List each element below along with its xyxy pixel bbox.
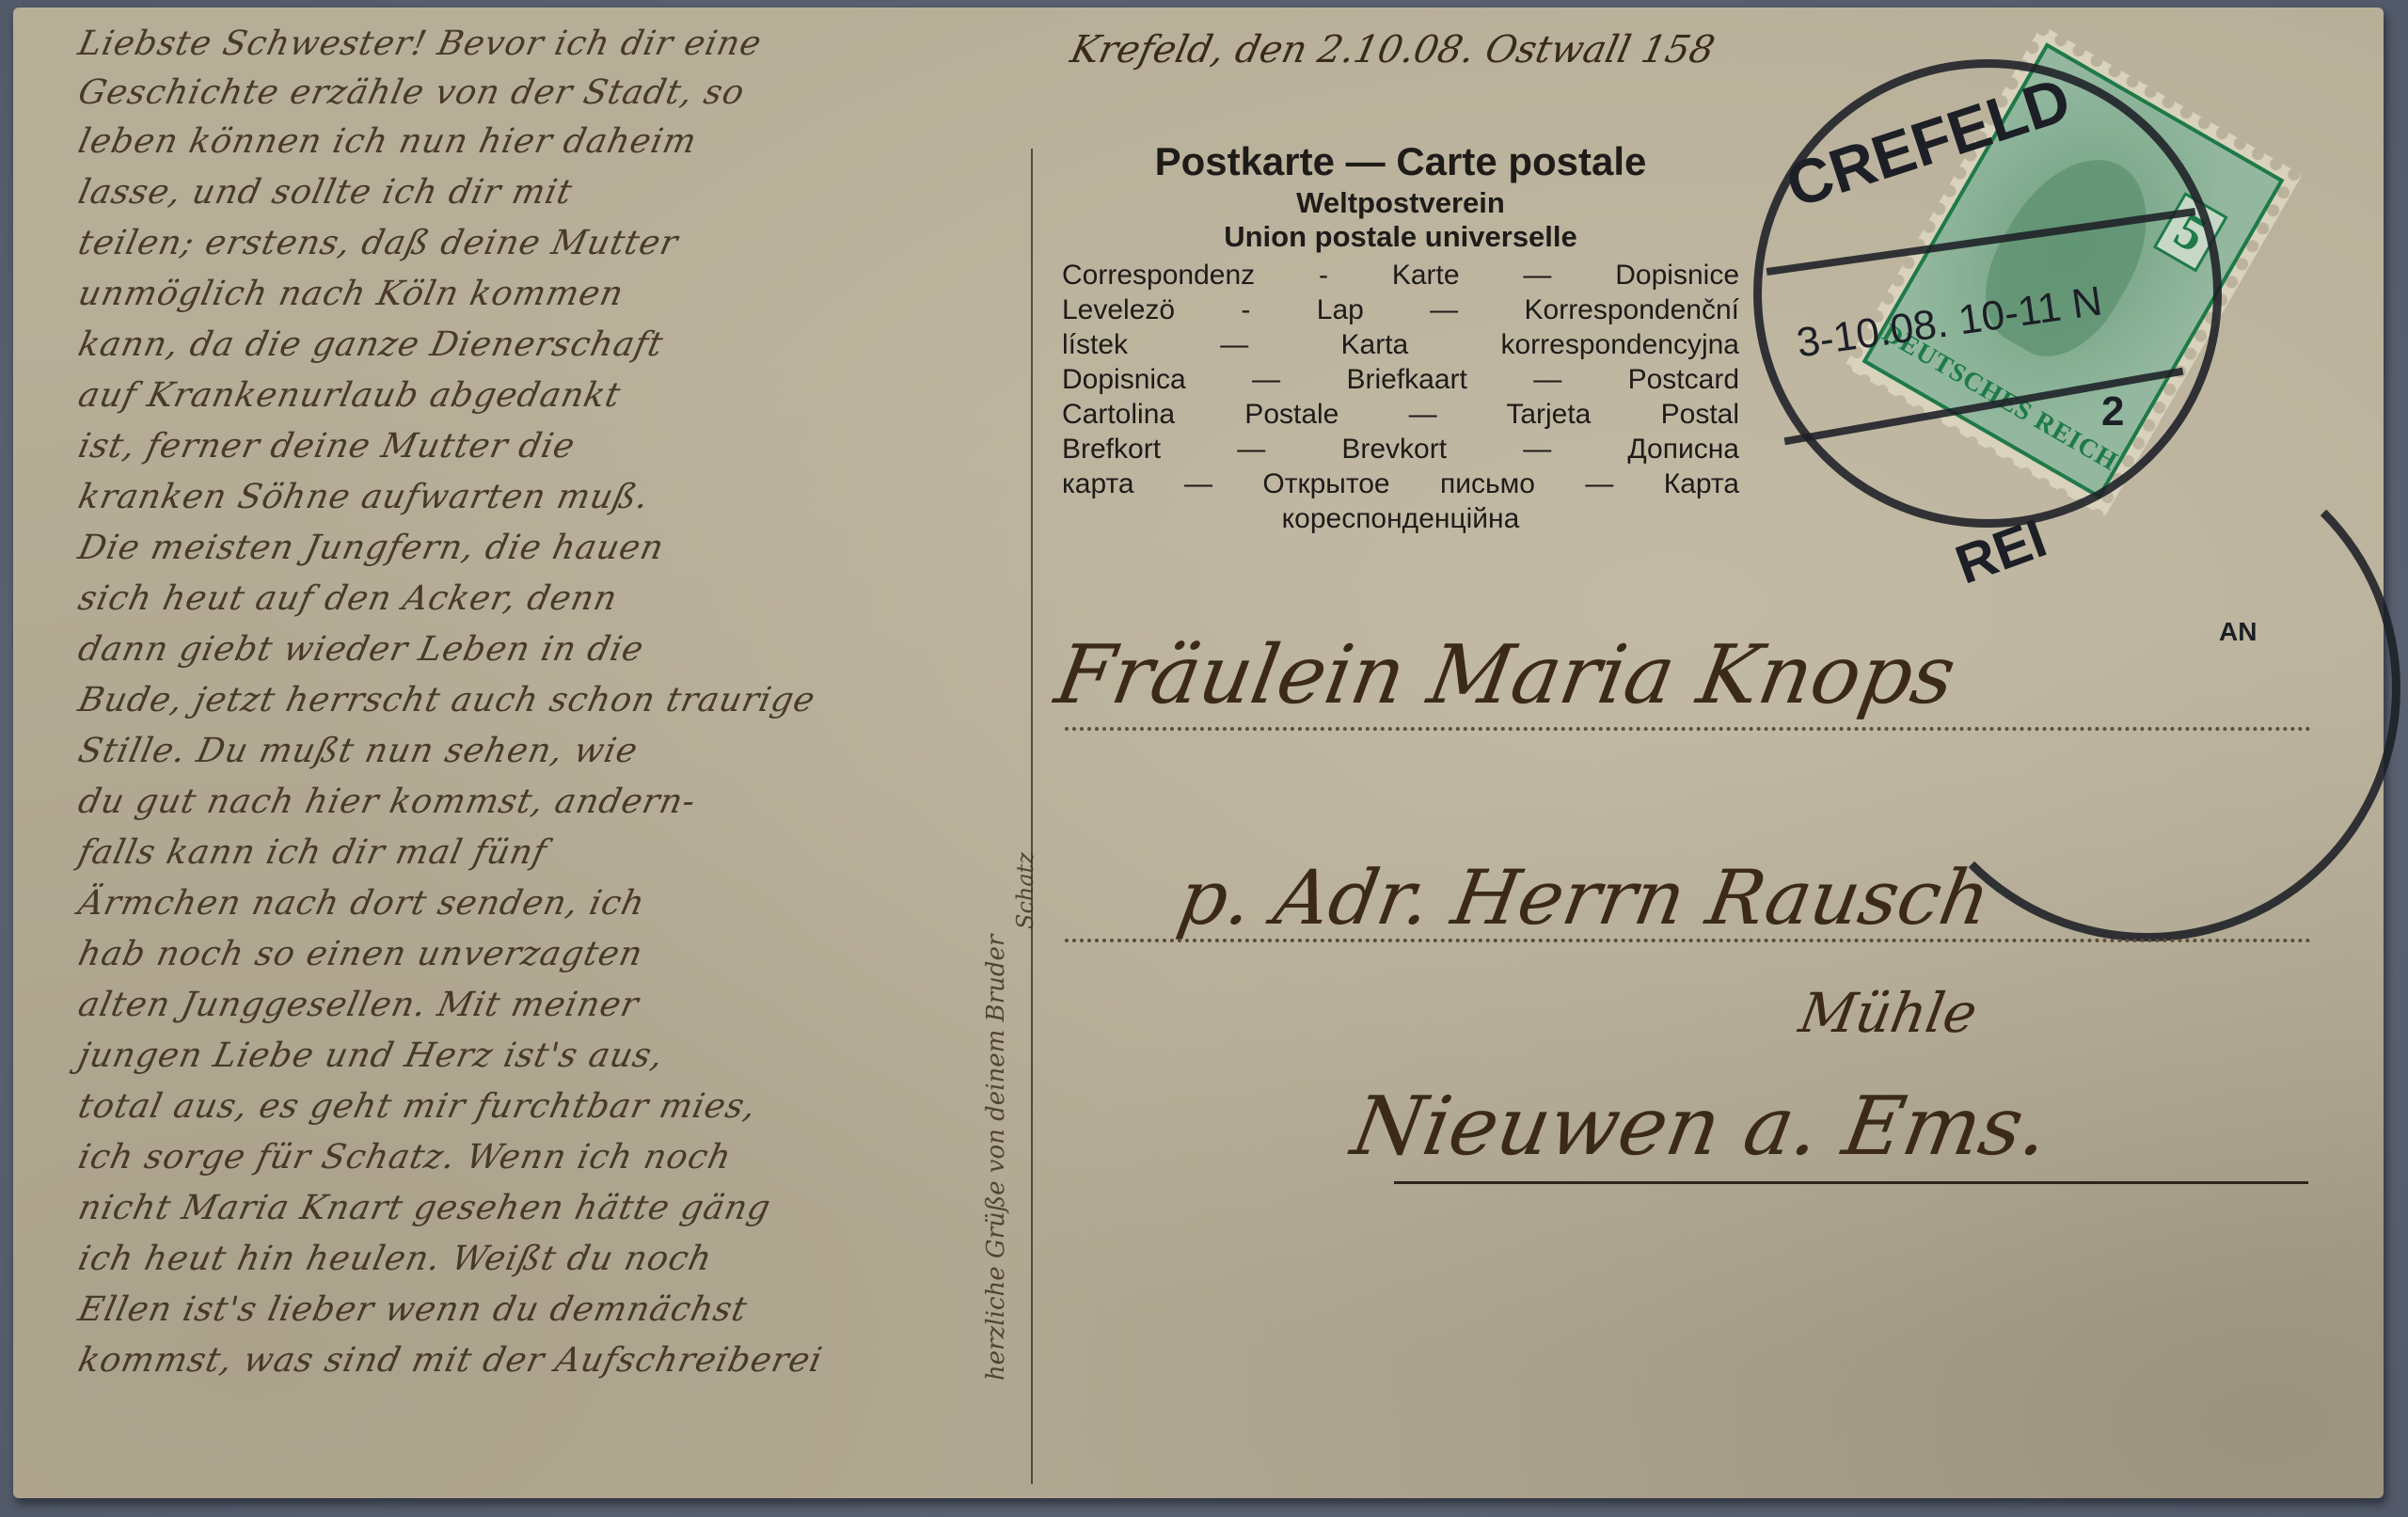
message-line: alten Junggesellen. Mit meiner [75, 986, 642, 1024]
postmark-extra: AN [2219, 617, 2257, 647]
language-line: Brefkort — Brevkort — Дописна [1062, 432, 1739, 466]
language-line: карта — Открытое письмо — Карта [1062, 466, 1739, 501]
sender-dateline: Krefeld, den 2.10.08. Ostwall 158 [1067, 28, 1719, 71]
message-line: dann giebt wieder Leben in die [75, 630, 648, 669]
language-line: Cartolina Postale — Tarjeta Postal [1062, 397, 1739, 432]
message-line: Stille. Du mußt nun sehen, wie [75, 732, 642, 770]
message-line: ich heut hin heulen. Weißt du noch [75, 1240, 716, 1278]
message-line: kann, da die ganze Dienerschaft [75, 325, 667, 364]
recipient-place-detail: Mühle [1795, 981, 1982, 1045]
address-dotted-line-1 [1065, 727, 2311, 731]
handwritten-message: Liebste Schwester! Bevor ich dir eine Ge… [51, 24, 1029, 1492]
recipient-name: Fräulein Maria Knops [1049, 628, 1962, 722]
message-line: Bude, jetzt herrscht auch schon traurige [75, 681, 819, 719]
message-line: sich heut auf den Acker, denn [75, 579, 622, 618]
message-line: teilen; erstens, daß deine Mutter [75, 224, 682, 262]
message-line: Geschichte erzähle von der Stadt, so [75, 73, 749, 112]
message-line: du gut nach hier kommst, andern- [75, 782, 700, 821]
message-line: hab noch so einen unverzagten [75, 935, 647, 973]
message-line: leben können ich nun hier daheim [75, 122, 701, 161]
postcard: Liebste Schwester! Bevor ich dir eine Ge… [13, 8, 2384, 1498]
message-line: ist, ferner deine Mutter die [75, 427, 579, 466]
upu-german: Weltpostverein [1062, 186, 1739, 220]
message-line: nicht Maria Knart gesehen hätte gäng [75, 1189, 775, 1227]
message-line: ich sorge für Schatz. Wenn ich noch [75, 1138, 736, 1177]
language-line: Dopisnica — Briefkaart — Postcard [1062, 362, 1739, 397]
language-line: lístek — Karta korrespondencyjna [1062, 327, 1739, 362]
message-line: falls kann ich dir mal fünf [75, 833, 551, 872]
recipient-town: Nieuwen a. Ems. [1345, 1080, 2056, 1174]
printed-header: Postkarte — Carte postale Weltpostverein… [1062, 139, 1739, 536]
message-address-divider [1031, 149, 1033, 1484]
message-line: kranken Söhne aufwarten muß. [75, 478, 653, 516]
language-line: Correspondenz - Karte — Dopisnice [1062, 258, 1739, 292]
message-line: total aus, es geht mir furchtbar mies, [75, 1087, 760, 1126]
message-line: unmöglich nach Köln kommen [75, 275, 627, 313]
address-dotted-line-2 [1065, 939, 2311, 942]
address-underline-town [1394, 1181, 2308, 1184]
language-line: кореспонденційна [1062, 501, 1739, 536]
message-line: lasse, und sollte ich dir mit [75, 173, 577, 212]
multilingual-labels: Correspondenz - Karte — Dopisnice Levele… [1062, 258, 1739, 536]
message-line: Ärmchen nach dort senden, ich [75, 884, 649, 923]
message-line: Liebste Schwester! Bevor ich dir eine [75, 24, 766, 63]
upu-french: Union postale universelle [1062, 220, 1739, 254]
card-title: Postkarte — Carte postale [1062, 139, 1739, 184]
message-line: auf Krankenurlaub abgedankt [75, 376, 625, 415]
language-line: Levelezö - Lap — Korrespondenční [1062, 292, 1739, 327]
message-line: Die meisten Jungfern, die hauen [75, 529, 668, 567]
message-line: jungen Liebe und Herz ist's aus, [75, 1036, 668, 1075]
recipient-care-of: p. Adr. Herrn Rausch [1172, 854, 1997, 941]
message-line: Ellen ist's lieber wenn du demnächst [75, 1290, 752, 1329]
message-line: kommst, was sind mit der Aufschreiberei [75, 1341, 826, 1380]
postmark-district: 2 [2101, 388, 2124, 435]
